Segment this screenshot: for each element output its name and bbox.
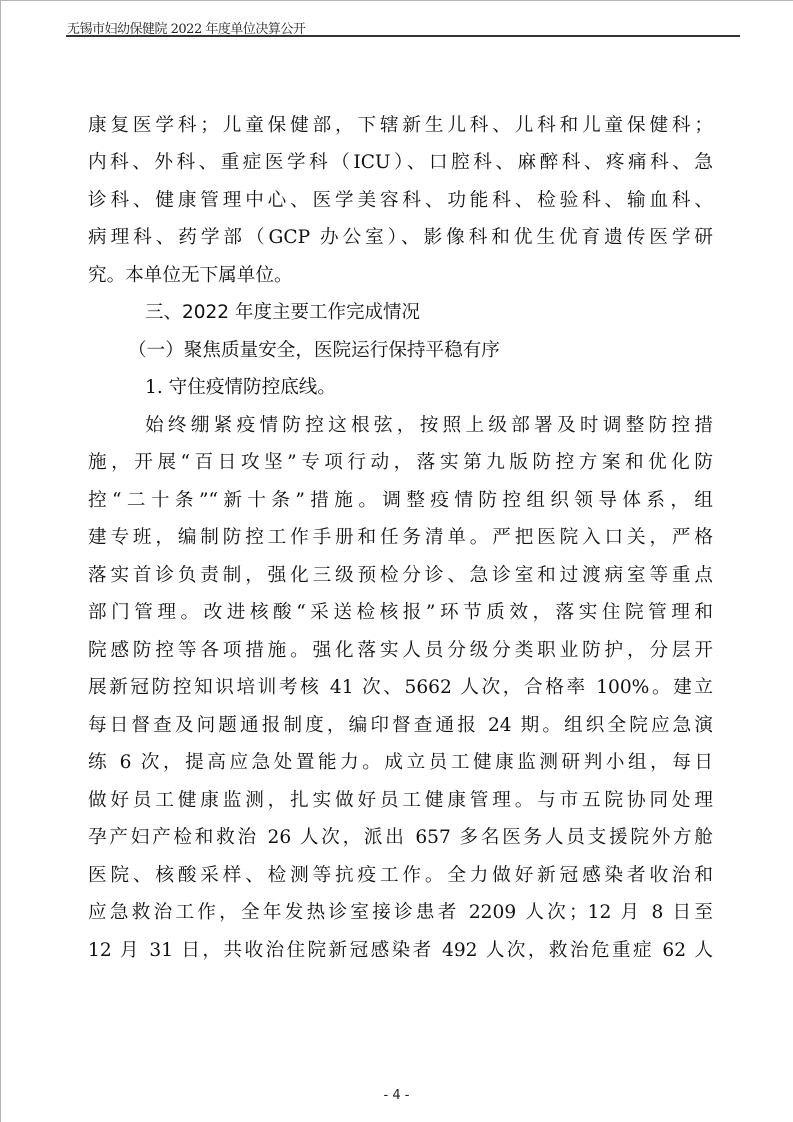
section-heading: 三、2022 年度主要工作完成情况 (145, 301, 713, 325)
text-line: 落实首诊负责制，强化三级预检分诊、急诊室和过渡病室等重点 (88, 564, 713, 588)
text-line: 孕产妇产检和救治 26 人次，派出 657 多名医务人员支援院外方舱 (88, 826, 713, 850)
text-line: 究。本单位无下属单位。 (88, 264, 713, 288)
text-line: 展新冠防控知识培训考核 41 次、5662 人次，合格率 100%。建立 (88, 676, 713, 700)
text-line: 诊科、健康管理中心、医学美容科、功能科、检验科、输血科、 (88, 189, 713, 213)
text-line: 院感防控等各项措施。强化落实人员分级分类职业防护，分层开 (88, 639, 713, 663)
text-line: 内科、外科、重症医学科（ICU）、口腔科、麻醉科、疼痛科、急 (88, 151, 713, 175)
text-line: 建专班，编制防控工作手册和任务清单。严把医院入口关，严格 (88, 526, 713, 550)
text-line: 康复医学科；儿童保健部，下辖新生儿科、儿科和儿童保健科； (88, 114, 713, 138)
text-line: 应急救治工作，全年发热诊室接诊患者 2209 人次；12 月 8 日至 (88, 901, 713, 925)
text-line: 做好员工健康监测，扎实做好员工健康管理。与市五院协同处理 (88, 789, 713, 813)
text-line: 12 月 31 日，共收治住院新冠感染者 492 人次，救治危重症 62 人 (88, 939, 713, 963)
text-line: 始终绷紧疫情防控这根弦，按照上级部署及时调整防控措 (145, 414, 713, 438)
item-heading: 1. 守住疫情防控底线。 (145, 376, 713, 400)
page-number: - 4 - (0, 1088, 793, 1103)
text-line: 病理科、药学部（GCP 办公室）、影像科和优生优育遗传医学研 (88, 226, 713, 250)
header-rule (66, 35, 740, 37)
text-line: 施，开展“百日攻坚”专项行动，落实第九版防控方案和优化防 (88, 451, 713, 475)
text-line: 练 6 次，提高应急处置能力。成立员工健康监测研判小组，每日 (88, 751, 713, 775)
text-line: 控“二十条”“新十条”措施。调整疫情防控组织领导体系，组 (88, 489, 713, 513)
text-line: 部门管理。改进核酸“采送检核报”环节质效，落实住院管理和 (88, 601, 713, 625)
text-line: 医院、核酸采样、检测等抗疫工作。全力做好新冠感染者收治和 (88, 864, 713, 888)
text-line: 每日督查及问题通报制度，编印督查通报 24 期。组织全院应急演 (88, 714, 713, 738)
subsection-heading: （一）聚焦质量安全，医院运行保持平稳有序 (128, 339, 696, 363)
